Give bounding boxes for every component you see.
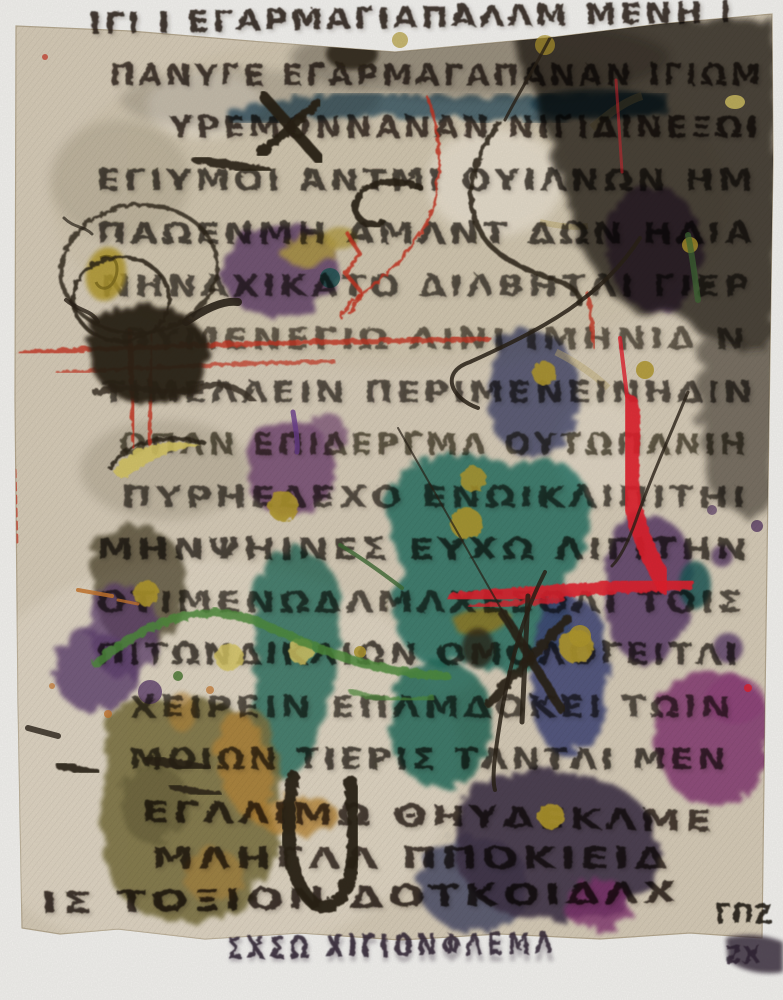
film-grain-overlay [0, 0, 783, 1000]
artwork-photo: ΙΓΙ Ι ΕΓΑΡΜΑΓΙΑΠΑΛΛΜ ΜΕΝΗ Ι ΠΑΝΥΓΕ ΕΓΑΡΜ… [0, 0, 783, 1000]
artwork-canvas: ΙΓΙ Ι ΕΓΑΡΜΑΓΙΑΠΑΛΛΜ ΜΕΝΗ Ι ΠΑΝΥΓΕ ΕΓΑΡΜ… [0, 0, 783, 1000]
